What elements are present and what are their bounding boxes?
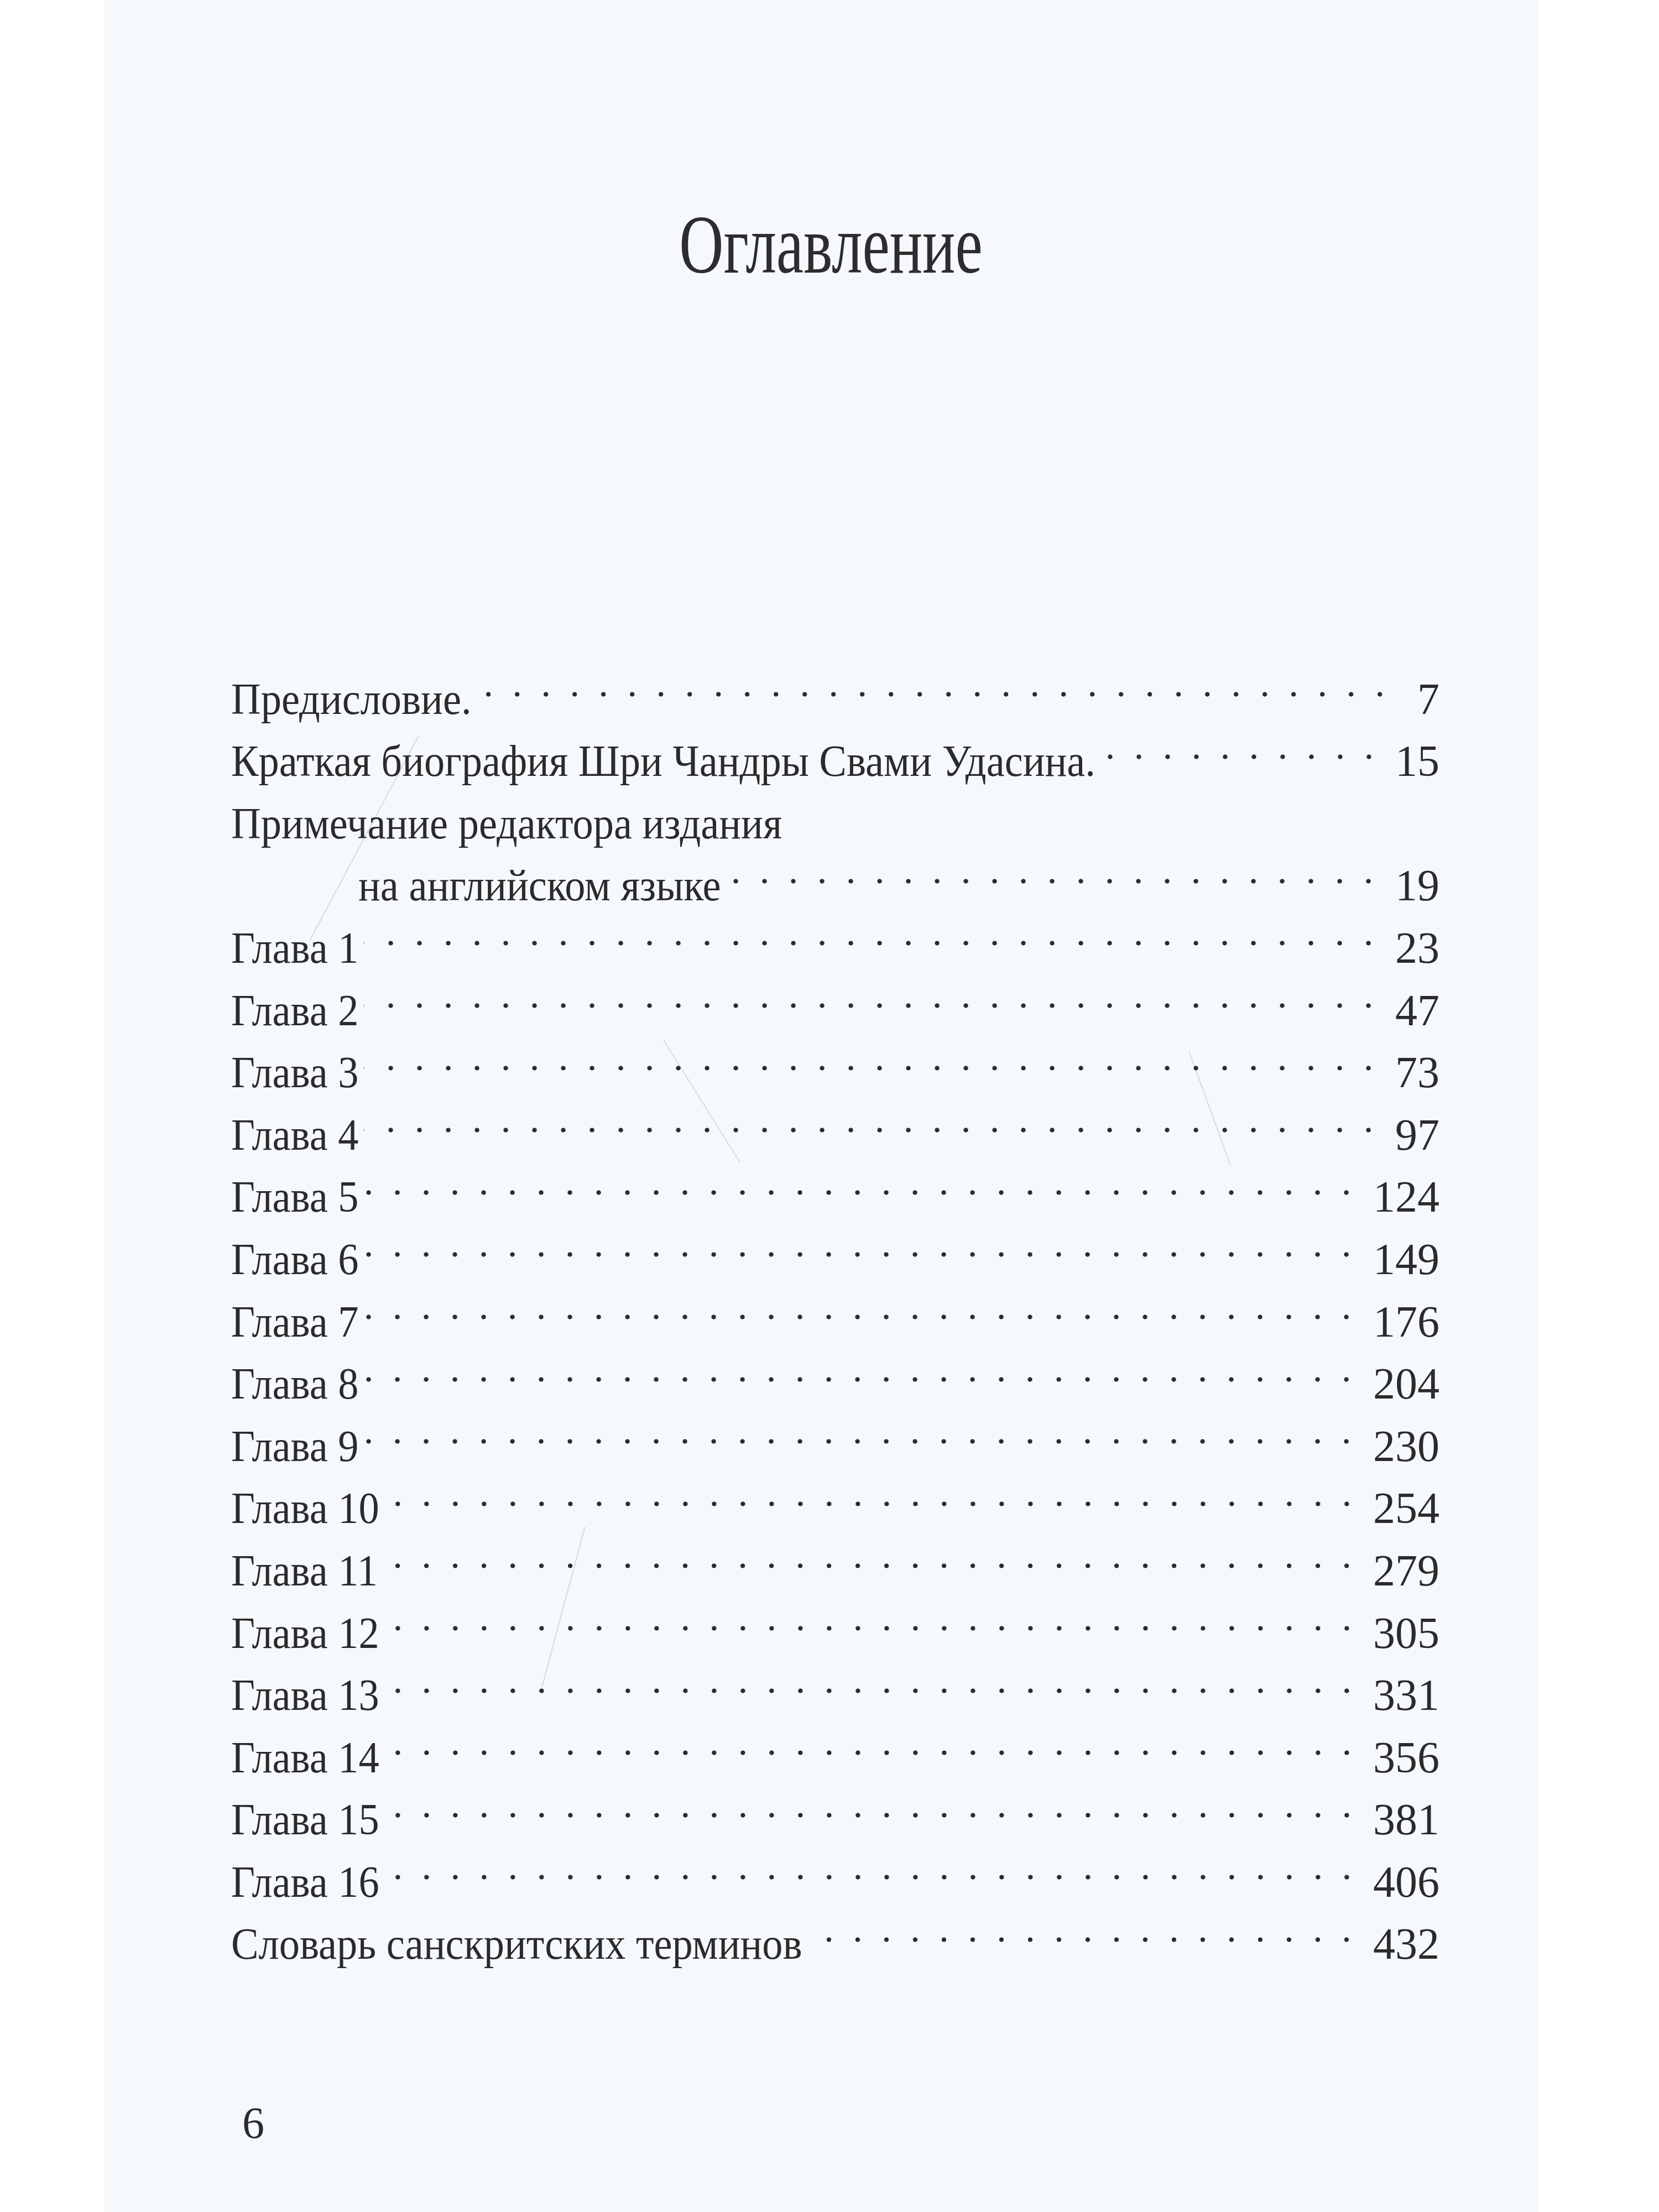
dot-leader: [364, 1087, 1383, 1150]
toc-entry[interactable]: Глава 373: [231, 1025, 1439, 1088]
toc-entry[interactable]: Глава 6149: [231, 1212, 1439, 1274]
dot-leader: [808, 1897, 1361, 1959]
page-title-text: Оглавление: [680, 204, 983, 286]
dot-leader: [477, 651, 1394, 714]
dot-leader: [385, 1710, 1361, 1772]
dot-leader: [726, 838, 1383, 901]
toc-entry[interactable]: Глава 7176: [231, 1274, 1439, 1337]
toc-entry[interactable]: Глава 497: [231, 1087, 1439, 1150]
dot-leader: [364, 1337, 1361, 1399]
show-through-texture: ​: [310, 487, 1360, 537]
dot-leader: [364, 1274, 1361, 1337]
toc-entry[interactable]: Глава 247: [231, 963, 1439, 1025]
dot-leader: [364, 963, 1383, 1025]
toc-entry[interactable]: Глава 12305: [231, 1585, 1439, 1648]
page-number: 6: [242, 2096, 264, 2151]
dot-leader: [385, 1772, 1361, 1835]
dot-leader: [383, 1523, 1361, 1585]
toc-entry[interactable]: Глава 8204: [231, 1337, 1439, 1399]
toc-entry[interactable]: Глава 16406: [231, 1834, 1439, 1897]
page-title: Оглавление: [0, 204, 1659, 286]
toc-entry[interactable]: Глава 14356: [231, 1710, 1439, 1772]
toc-entry[interactable]: Примечание редактора издания: [231, 776, 1439, 838]
dot-leader: [385, 1834, 1361, 1897]
toc-entry[interactable]: Словарь санскритских терминов432: [231, 1897, 1439, 1959]
dot-leader: [385, 1461, 1361, 1524]
dot-leader: [364, 1150, 1361, 1212]
dot-leader: [364, 900, 1383, 963]
toc-entry-title: Словарь санскритских терминов: [231, 1913, 802, 1976]
dot-leader: [364, 1399, 1361, 1461]
toc-entry-page-number: 432: [1373, 1913, 1439, 1976]
toc-entry[interactable]: Глава 10254: [231, 1461, 1439, 1524]
toc-entry[interactable]: Глава 5124: [231, 1150, 1439, 1212]
dot-leader: [1101, 714, 1383, 776]
dot-leader: [364, 1212, 1361, 1274]
dot-leader: [385, 1585, 1361, 1648]
dot-leader: [385, 1648, 1361, 1710]
toc-entry[interactable]: на английском языке19: [231, 838, 1439, 901]
toc-entry[interactable]: Глава 15381: [231, 1772, 1439, 1835]
toc-entry[interactable]: Глава 9230: [231, 1399, 1439, 1461]
dot-leader: [364, 1025, 1383, 1088]
toc-entry[interactable]: Глава 13331: [231, 1648, 1439, 1710]
toc-entry[interactable]: Краткая биография Шри Чандры Свами Удаси…: [231, 714, 1439, 776]
dot-leader: [787, 776, 1394, 838]
table-of-contents: Предисловие.7Краткая биография Шри Чандр…: [231, 651, 1439, 1959]
toc-entry[interactable]: Глава 11279: [231, 1523, 1439, 1585]
toc-entry[interactable]: Предисловие.7: [231, 651, 1439, 714]
toc-entry[interactable]: Глава 123: [231, 900, 1439, 963]
